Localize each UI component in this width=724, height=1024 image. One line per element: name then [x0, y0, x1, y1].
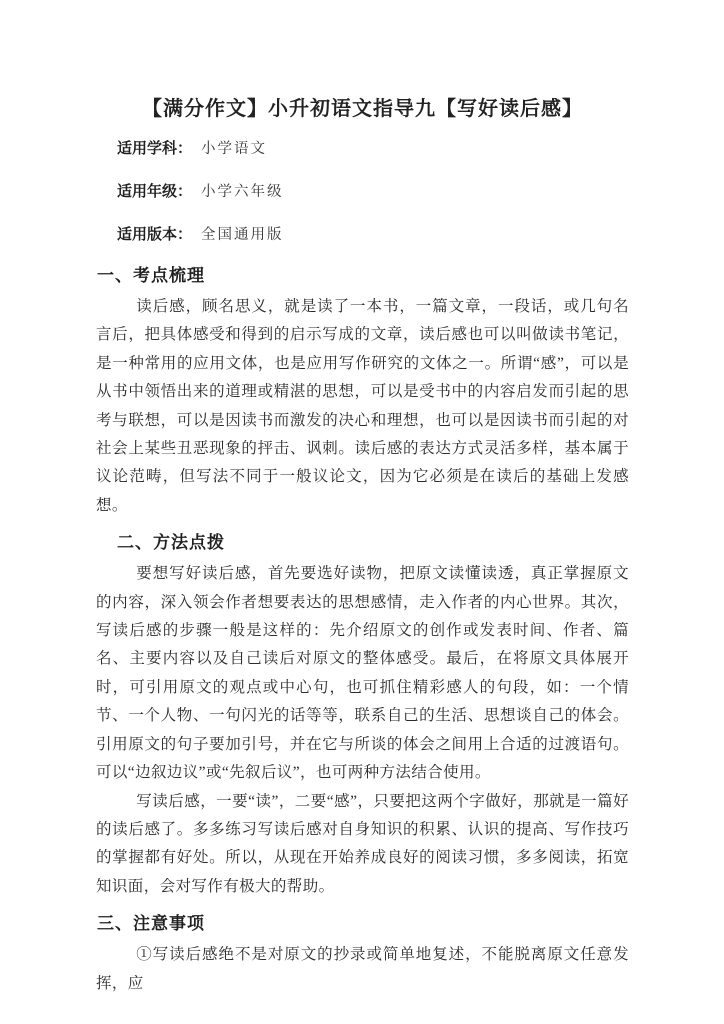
paragraph-method-tips-2: 写读后感，一要“读”，二要“感”，只要把这两个字做好，那就是一篇好的读后感了。多… [96, 788, 629, 902]
meta-block: 适用学科：小学语文 适用年级：小学六年级 适用版本：全国通用版 [117, 137, 629, 244]
document-title: 【满分作文】小升初语文指导九【写好读后感】 [96, 98, 629, 121]
section-heading-method-tips: 二、方法点拨 [117, 533, 629, 553]
meta-row-subject: 适用学科：小学语文 [117, 137, 629, 158]
document-page: 【满分作文】小升初语文指导九【写好读后感】 适用学科：小学语文 适用年级：小学六… [0, 0, 724, 1024]
section-exam-points: 一、考点梳理 读后感，顾名思义，就是读了一本书，一篇文章，一段话，或几句名言后，… [96, 266, 629, 520]
meta-value-grade: 小学六年级 [201, 184, 284, 200]
paragraph-method-tips-1: 要想写好读后感，首先要选好读物，把原文读懂读透，真正掌握原文的内容，深入领会作者… [96, 560, 629, 787]
meta-label-subject: 适用学科： [117, 140, 192, 157]
meta-value-edition: 全国通用版 [201, 227, 284, 243]
meta-row-edition: 适用版本：全国通用版 [117, 223, 629, 244]
section-heading-exam-points: 一、考点梳理 [97, 266, 629, 286]
meta-value-subject: 小学语文 [201, 141, 267, 157]
section-heading-notes: 三、注意事项 [97, 914, 629, 934]
paragraph-notes-1: ①写读后感绝不是对原文的抄录或简单地复述，不能脱离原文任意发挥，应 [96, 941, 629, 998]
meta-label-edition: 适用版本： [117, 226, 192, 243]
meta-row-grade: 适用年级：小学六年级 [117, 180, 629, 201]
meta-label-grade: 适用年级： [117, 183, 192, 200]
section-method-tips: 二、方法点拨 要想写好读后感，首先要选好读物，把原文读懂读透，真正掌握原文的内容… [96, 533, 629, 901]
paragraph-exam-points-1: 读后感，顾名思义，就是读了一本书，一篇文章，一段话，或几句名言后，把具体感受和得… [96, 293, 629, 520]
section-notes: 三、注意事项 ①写读后感绝不是对原文的抄录或简单地复述，不能脱离原文任意发挥，应 [96, 914, 629, 998]
